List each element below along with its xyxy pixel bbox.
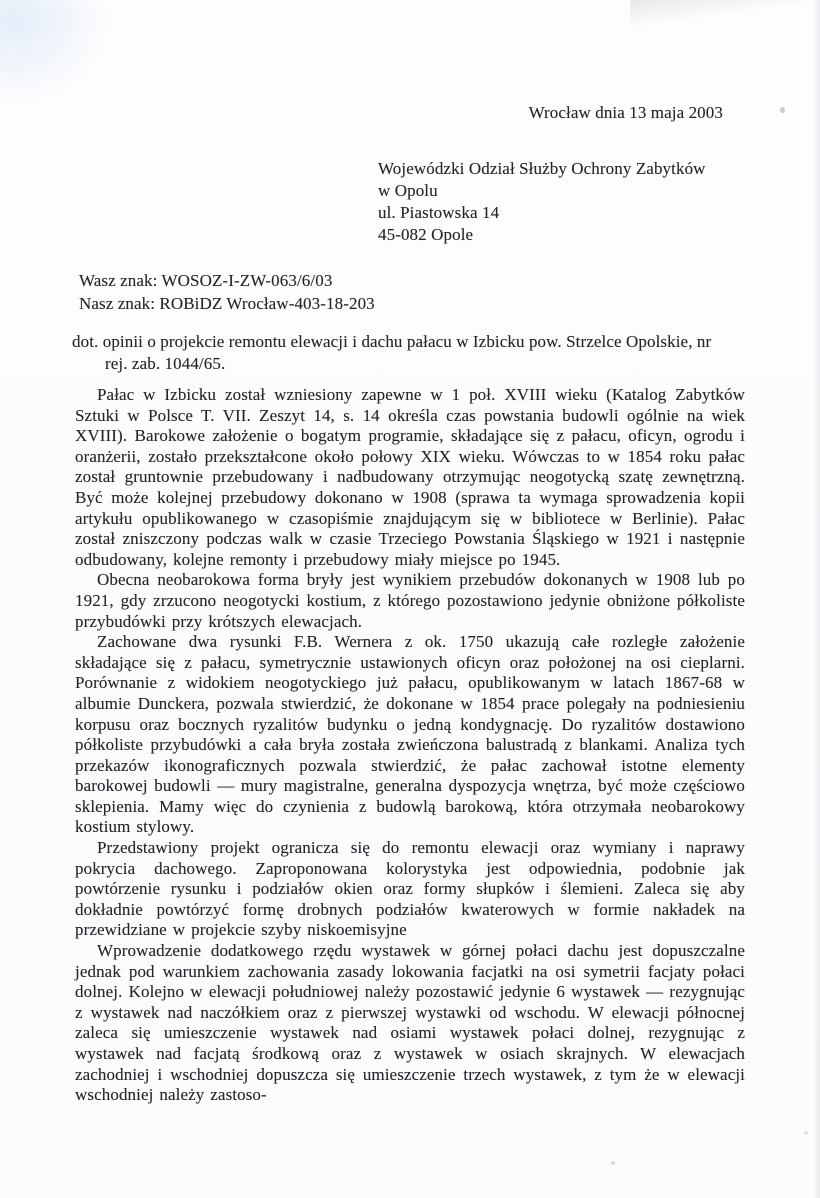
- body-paragraph-dormers: Wprowadzenie dodatkowego rzędu wystawek …: [75, 941, 745, 1106]
- reference-our: Nasz znak: ROBiDZ Wrocław-403-18-203: [79, 293, 375, 316]
- letter-page: Wrocław dnia 13 maja 2003 Wojewódzki Odz…: [0, 0, 820, 1198]
- recipient-line-postal: 45-082 Opole: [378, 224, 706, 246]
- date-line: Wrocław dnia 13 maja 2003: [529, 103, 723, 123]
- scan-edge-shadow: [813, 0, 820, 1198]
- reference-block: Wasz znak: WOSOZ-I-ZW-063/6/03 Nasz znak…: [79, 270, 375, 315]
- body-paragraph-iconography: Zachowane dwa rysunki F.B. Wernera z ok.…: [75, 632, 745, 838]
- letter-body: Pałac w Izbicku został wzniesiony zapewn…: [75, 385, 745, 1106]
- recipient-line-institution: Wojewódzki Odział Służby Ochrony Zabytkó…: [378, 158, 706, 180]
- scan-corner-shade: [630, 0, 820, 26]
- subject-line-1: dot. opinii o projekcie remontu elewacji…: [72, 331, 732, 353]
- reference-your: Wasz znak: WOSOZ-I-ZW-063/6/03: [79, 270, 375, 293]
- body-paragraph-current-form: Obecna neobarokowa forma bryły jest wyni…: [75, 570, 745, 632]
- body-paragraph-history: Pałac w Izbicku został wzniesiony zapewn…: [75, 385, 745, 570]
- scan-speck: [780, 107, 785, 113]
- recipient-line-city: w Opolu: [378, 180, 706, 202]
- scan-speck: [804, 1131, 808, 1135]
- body-paragraph-project-scope: Przedstawiony projekt ogranicza się do r…: [75, 838, 745, 941]
- subject-block: dot. opinii o projekcie remontu elewacji…: [72, 331, 732, 375]
- subject-line-2: rej. zab. 1044/65.: [72, 353, 732, 375]
- recipient-address: Wojewódzki Odział Służby Ochrony Zabytkó…: [378, 158, 706, 246]
- scan-speck: [611, 1161, 615, 1165]
- recipient-line-street: ul. Piastowska 14: [378, 202, 706, 224]
